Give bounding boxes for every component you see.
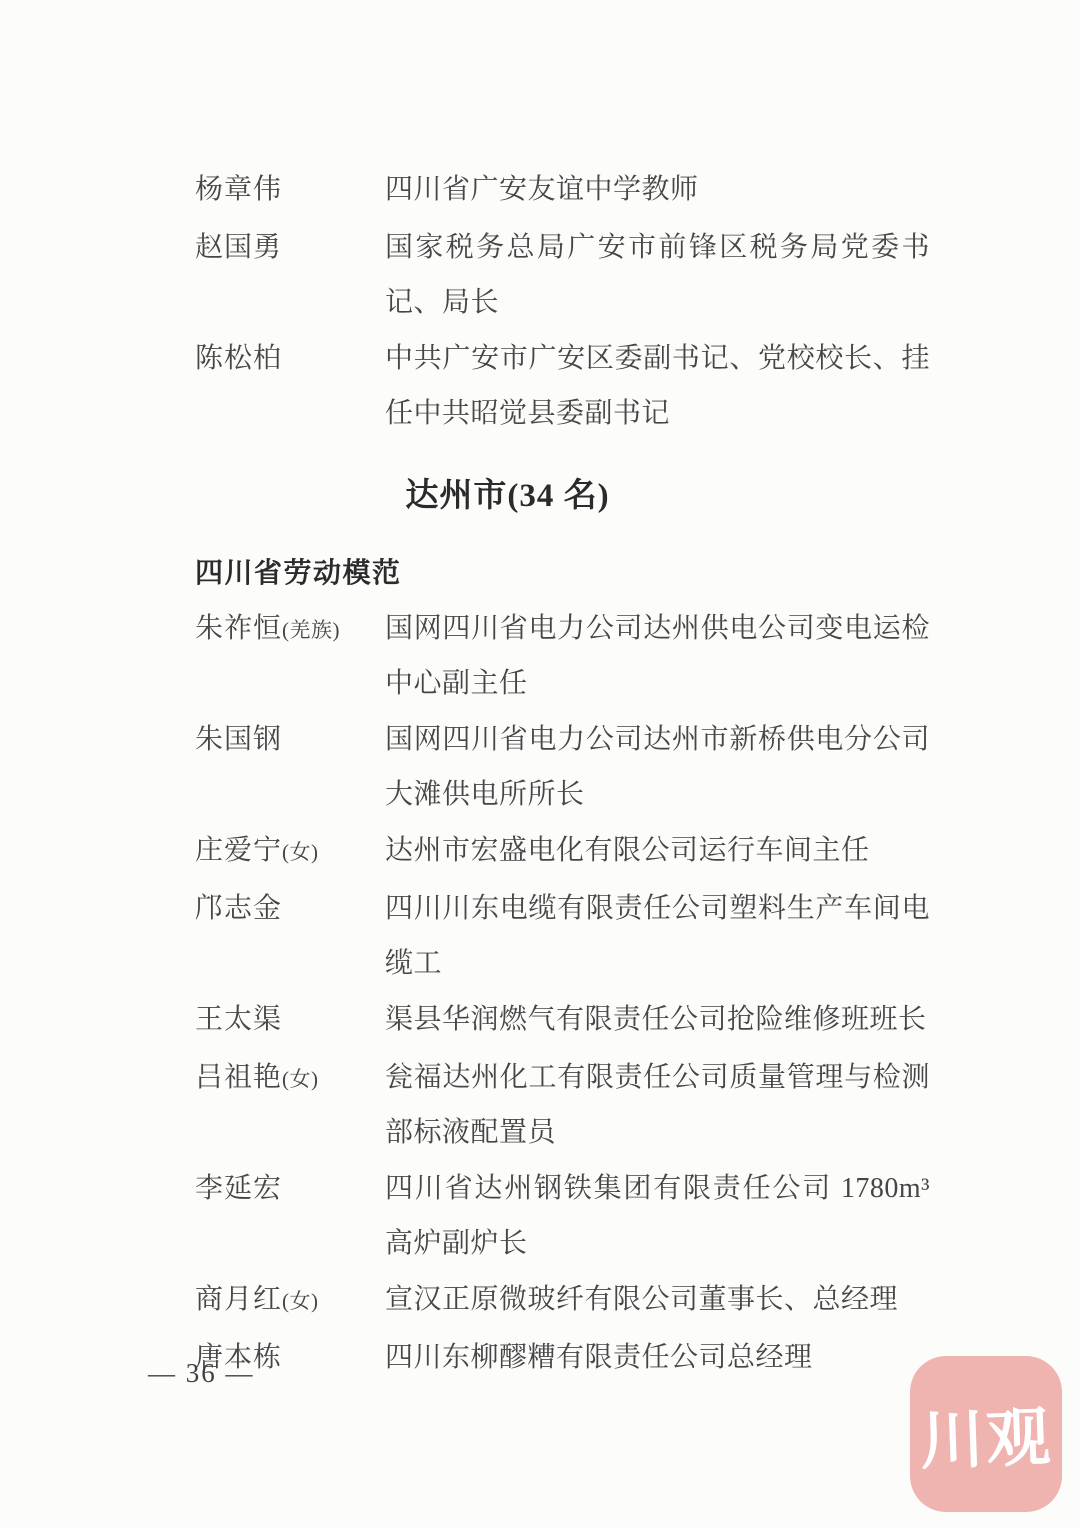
laborer-title: 四川川东电缆有限责任公司塑料生产车间电缆工 <box>385 881 930 991</box>
laborer-entry: 李延宏 四川省达州钢铁集团有限责任公司 1780m³高炉副炉长 <box>195 1161 930 1271</box>
laborer-entry: 朱国钢 国网四川省电力公司达州市新桥供电分公司大滩供电所所长 <box>195 712 930 822</box>
page-number: — 36 — <box>148 1358 255 1389</box>
laborer-entry: 庄爱宁(女) 达州市宏盛电化有限公司运行车间主任 <box>195 823 930 880</box>
laborer-title: 国网四川省电力公司达州市新桥供电分公司大滩供电所所长 <box>385 712 930 822</box>
laborer-name: 杨章伟 <box>195 162 385 219</box>
laborer-name-text: 李延宏 <box>195 1173 282 1204</box>
laborer-name: 吕祖艳(女) <box>195 1050 385 1107</box>
laborer-name: 商月红(女) <box>195 1272 385 1329</box>
document-page: { "page": { "background": "#fcfcfb", "te… <box>0 0 1080 1528</box>
laborer-title: 四川省广安友谊中学教师 <box>385 162 930 217</box>
section-title-dazhou: 达州市(34 名) <box>140 469 875 524</box>
laborer-name-text: 赵国勇 <box>195 232 282 263</box>
laborer-name-text: 朱祚恒 <box>195 613 282 644</box>
laborer-title: 四川东柳醪糟有限责任公司总经理 <box>385 1330 930 1385</box>
laborer-name: 朱国钢 <box>195 712 385 769</box>
laborer-name-text: 吕祖艳 <box>195 1062 282 1093</box>
document-body: 杨章伟 四川省广安友谊中学教师 赵国勇 国家税务总局广安市前锋区税务局党委书记、… <box>195 162 930 1388</box>
laborer-entry: 商月红(女) 宣汉正原微玻纤有限公司董事长、总经理 <box>195 1272 930 1329</box>
dazhou-entries-list: 朱祚恒(羌族) 国网四川省电力公司达州供电公司变电运检中心副主任 朱国钢 国网四… <box>195 601 930 1387</box>
laborer-title: 四川省达州钢铁集团有限责任公司 1780m³高炉副炉长 <box>385 1161 930 1271</box>
laborer-title: 渠县华润燃气有限责任公司抢险维修班班长 <box>385 992 930 1047</box>
laborer-title: 国家税务总局广安市前锋区税务局党委书记、局长 <box>385 220 930 330</box>
laborer-name-annotation: (女) <box>282 1067 319 1091</box>
laborer-title: 达州市宏盛电化有限公司运行车间主任 <box>385 823 930 878</box>
laborer-name-text: 陈松柏 <box>195 343 282 374</box>
laborer-name-text: 邝志金 <box>195 893 282 924</box>
laborer-name: 庄爱宁(女) <box>195 823 385 880</box>
laborer-name: 朱祚恒(羌族) <box>195 601 385 658</box>
laborer-entry: 赵国勇 国家税务总局广安市前锋区税务局党委书记、局长 <box>195 220 930 330</box>
laborer-name-text: 庄爱宁 <box>195 835 282 866</box>
laborer-entry: 唐本栋 四川东柳醪糟有限责任公司总经理 <box>195 1330 930 1387</box>
laborer-name: 李延宏 <box>195 1161 385 1218</box>
laborer-name: 王太渠 <box>195 992 385 1049</box>
subsection-title-labor-models: 四川省劳动模范 <box>195 546 930 601</box>
laborer-name: 陈松柏 <box>195 331 385 388</box>
laborer-entry: 王太渠 渠县华润燃气有限责任公司抢险维修班班长 <box>195 992 930 1049</box>
laborer-title: 瓮福达州化工有限责任公司质量管理与检测部标液配置员 <box>385 1050 930 1160</box>
laborer-entry: 杨章伟 四川省广安友谊中学教师 <box>195 162 930 219</box>
laborer-name: 邝志金 <box>195 881 385 938</box>
laborer-title: 中共广安市广安区委副书记、党校校长、挂任中共昭觉县委副书记 <box>385 331 930 441</box>
laborer-name-text: 王太渠 <box>195 1004 282 1035</box>
previous-city-entries-list: 杨章伟 四川省广安友谊中学教师 赵国勇 国家税务总局广安市前锋区税务局党委书记、… <box>195 162 930 441</box>
chuanguan-news-watermark-logo: 川观 <box>910 1356 1062 1512</box>
laborer-name-annotation: (女) <box>282 1289 319 1313</box>
laborer-name: 赵国勇 <box>195 220 385 277</box>
watermark-text: 川观 <box>918 1386 1053 1483</box>
laborer-title: 国网四川省电力公司达州供电公司变电运检中心副主任 <box>385 601 930 711</box>
laborer-entry: 朱祚恒(羌族) 国网四川省电力公司达州供电公司变电运检中心副主任 <box>195 601 930 711</box>
laborer-entry: 邝志金 四川川东电缆有限责任公司塑料生产车间电缆工 <box>195 881 930 991</box>
laborer-name-text: 杨章伟 <box>195 174 282 205</box>
laborer-entry: 陈松柏 中共广安市广安区委副书记、党校校长、挂任中共昭觉县委副书记 <box>195 331 930 441</box>
laborer-name-text: 商月红 <box>195 1284 282 1315</box>
laborer-name-annotation: (羌族) <box>282 618 340 642</box>
laborer-entry: 吕祖艳(女) 瓮福达州化工有限责任公司质量管理与检测部标液配置员 <box>195 1050 930 1160</box>
laborer-name-text: 朱国钢 <box>195 724 282 755</box>
laborer-name-annotation: (女) <box>282 840 319 864</box>
laborer-title: 宣汉正原微玻纤有限公司董事长、总经理 <box>385 1272 930 1327</box>
